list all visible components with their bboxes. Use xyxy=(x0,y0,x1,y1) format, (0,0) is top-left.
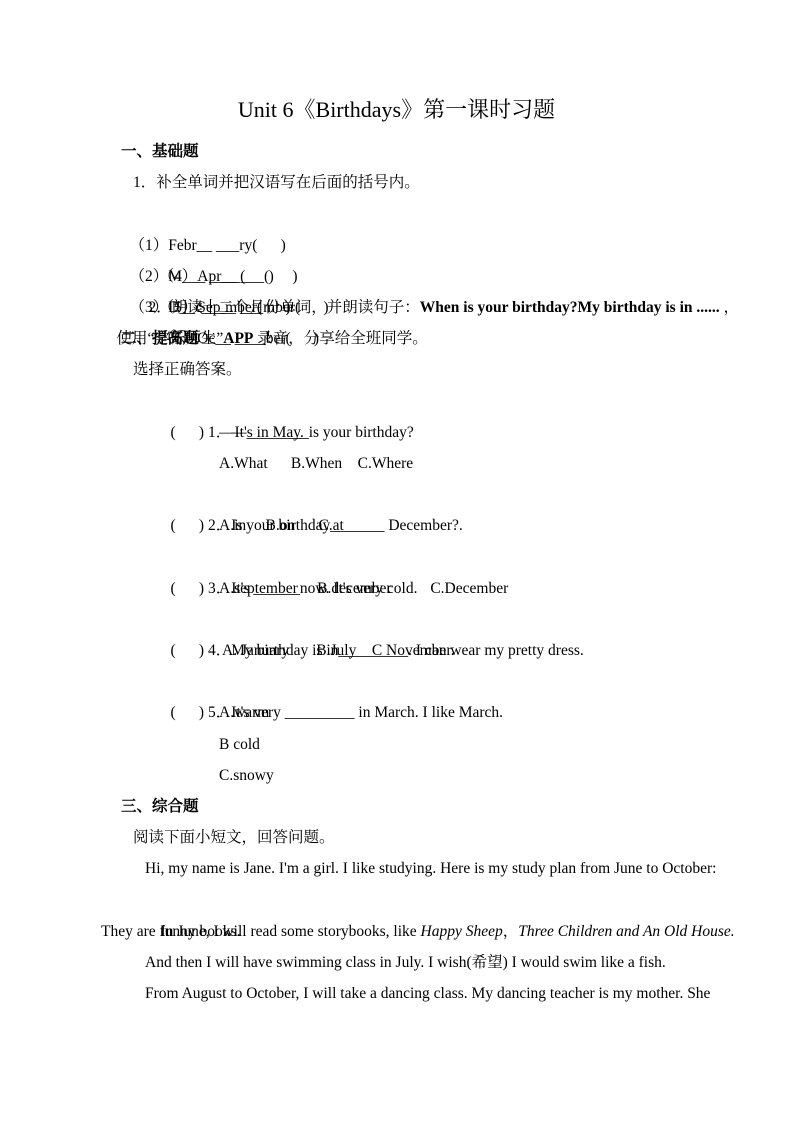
p2-comma: ， xyxy=(503,923,519,940)
question-1-stem-line: ( ) 1．—________is your birthday? xyxy=(155,386,793,417)
fill-words-row-1: （1）Febr__ ___ry( ) （2）M___ ____( ) （3）D_… xyxy=(114,198,793,229)
question-5-stem: It's very _________ in March. I like Mar… xyxy=(231,704,503,721)
page-title: Unit 6《Birthdays》第一课时习题 xyxy=(0,94,793,126)
worksheet-page: Unit 6《Birthdays》第一课时习题 一、基础题 1．补全单词并把汉语… xyxy=(0,0,793,1122)
question-5-stem-line: ( ) 5．It's very _________ in March. I li… xyxy=(155,666,793,697)
p2-book-title-1: Happy Sheep xyxy=(421,923,503,940)
task2-prefix: 2．朗读十二个月份单词，并朗读句子： xyxy=(149,299,420,316)
reading-paragraph-4: From August to October, I will take a da… xyxy=(145,978,793,1009)
section-basic-heading: 一、基础题 xyxy=(121,136,793,167)
task2-line2-app: APP xyxy=(223,330,253,347)
task2-line2-post: 录音，分享给全班同学。 xyxy=(253,330,427,347)
question-5-option-c: C.snowy xyxy=(219,760,793,791)
question-2-options: A.in B.on C.at xyxy=(219,510,793,541)
question-2-stem-line: ( ) 2．Is your birthday_______ December?. xyxy=(155,479,793,510)
question-4-stem-line: ( ) 4．My birthday is in_________. I can … xyxy=(155,604,793,635)
reading-paragraph-2-line-1: In June, I will read some storybooks, li… xyxy=(145,885,793,916)
fill-item-1: （1）Febr__ ___ry( ) xyxy=(130,230,326,261)
question-3-stem-line: ( ) 3．It's ______now. It's very cold. xyxy=(155,541,793,572)
reading-paragraph-3: And then I will have swimming class in J… xyxy=(145,947,793,978)
task2-bold-sentence: When is your birthday?My birthday is in … xyxy=(420,299,720,316)
fill-item-4: （4）Apr__ ___( ) xyxy=(159,261,321,292)
p2-book-title-2: Three Children and An Old House. xyxy=(518,923,734,940)
question-1-options: A.What B.When C.Where xyxy=(219,448,793,479)
section-comprehensive-heading: 三、综合题 xyxy=(121,791,793,822)
question-5-option-b: B cold xyxy=(219,729,793,760)
question-3-options: A.september B.december C.December xyxy=(219,573,793,604)
comprehensive-instruction: 阅读下面小短文，回答问题。 xyxy=(133,822,793,853)
task1-instruction: 1．补全单词并把汉语写在后面的括号内。 xyxy=(133,167,793,198)
reading-paragraph-1: Hi, my name is Jane. I'm a girl. I like … xyxy=(145,853,793,884)
task2-suffix: ， xyxy=(720,299,739,316)
improve-instruction: 选择正确答案。 xyxy=(133,354,793,385)
